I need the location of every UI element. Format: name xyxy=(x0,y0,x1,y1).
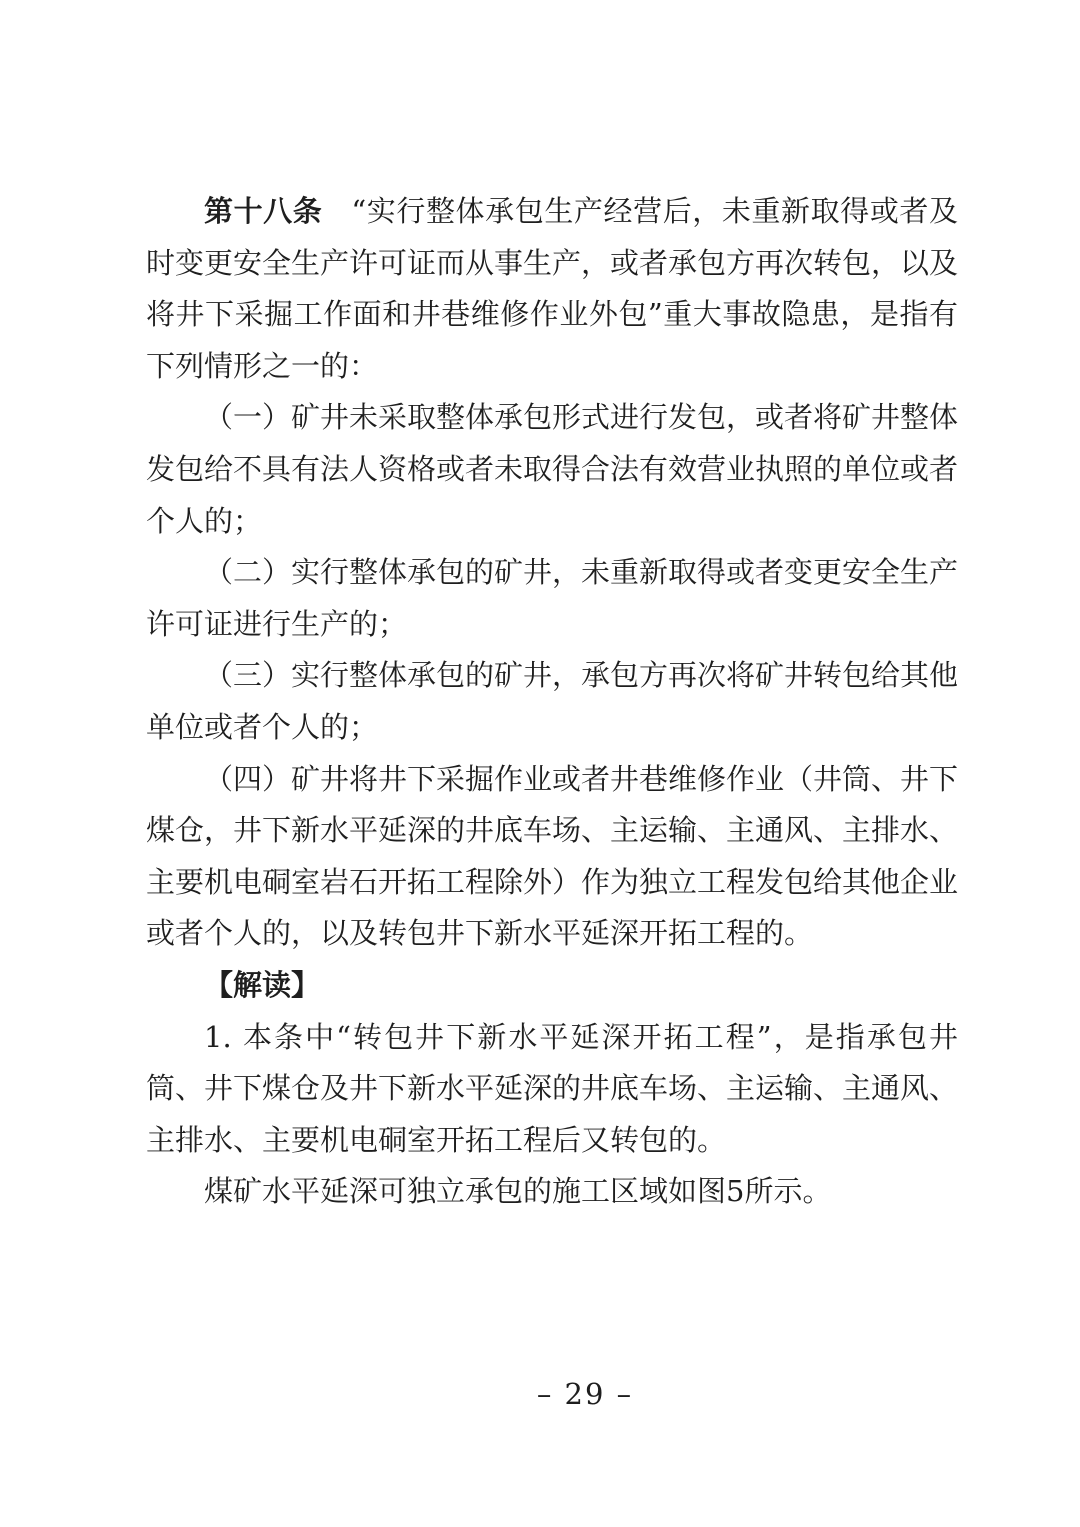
interpretation-heading: 【解读】 xyxy=(146,960,958,1012)
clause-1: （一）矿井未采取整体承包形式进行发包，或者将矿井整体发包给不具有法人资格或者未取… xyxy=(146,392,958,547)
document-page: 第十八条“实行整体承包生产经营后，未重新取得或者及时变更安全生产许可证而从事生产… xyxy=(0,0,1080,1527)
interpretation-note-1: 1. 本条中“转包井下新水平延深开拓工程”，是指承包井筒、井下煤仓及井下新水平延… xyxy=(146,1012,958,1167)
article-body: 第十八条“实行整体承包生产经营后，未重新取得或者及时变更安全生产许可证而从事生产… xyxy=(146,186,958,1218)
article-paragraph: 第十八条“实行整体承包生产经营后，未重新取得或者及时变更安全生产许可证而从事生产… xyxy=(146,186,958,392)
figure-reference: 煤矿水平延深可独立承包的施工区域如图5所示。 xyxy=(146,1166,958,1218)
clause-2: （二）实行整体承包的矿井，未重新取得或者变更安全生产许可证进行生产的； xyxy=(146,547,958,650)
article-number-label: 第十八条 xyxy=(204,194,322,228)
page-number: – 29 – xyxy=(537,1374,633,1414)
clause-3: （三）实行整体承包的矿井，承包方再次将矿井转包给其他单位或者个人的； xyxy=(146,650,958,753)
clause-4: （四）矿井将井下采掘作业或者井巷维修作业（井筒、井下煤仓，井下新水平延深的井底车… xyxy=(146,754,958,960)
